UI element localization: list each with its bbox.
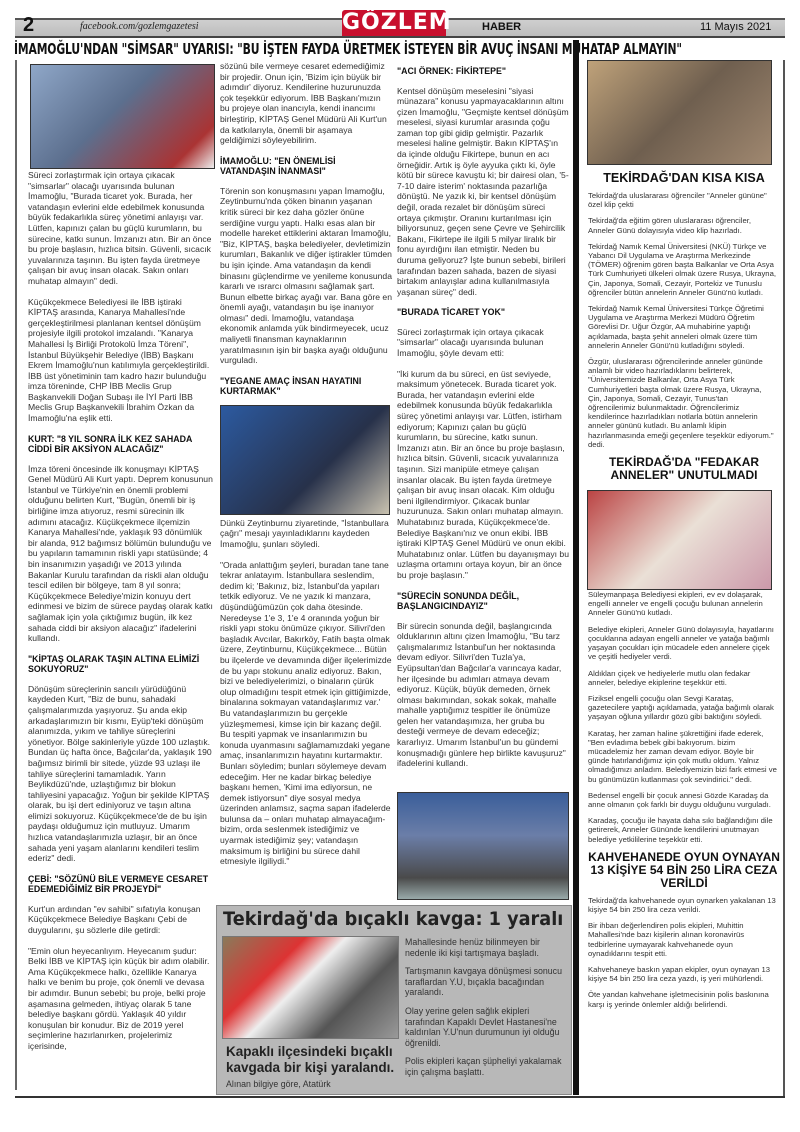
newspaper-logo: GÖZLEM [342, 10, 446, 36]
protocol-signing-photo [397, 792, 569, 900]
mothers-day-visit-photo [587, 490, 772, 590]
paragraph: Fiziksel engelli çocuğu olan Sevgi Karat… [588, 694, 777, 722]
paragraph: Belediye ekipleri, Anneler Günü dolayısı… [588, 625, 777, 662]
paragraph: Tekirdağ'da uluslararası öğrenciler "Ann… [588, 191, 777, 209]
paragraph: Kurt'un ardından "ev sahibi" sıfatıyla k… [28, 904, 213, 936]
page-number: 2 [23, 14, 34, 37]
photo-spacer [585, 60, 783, 172]
paragraph: Özgür, uluslararası öğrencilerinde annel… [588, 357, 777, 449]
column-divider [573, 40, 579, 1095]
paragraph: Tekirdağ'da kahvehanede oyun oynarken ya… [588, 896, 777, 914]
subheading: İMAMOĞLU: "EN ÖNEMLİSİ VATANDAŞIN İNANMA… [220, 156, 392, 177]
paragraph: Kahvehaneye baskın yapan ekipler, oyun o… [588, 965, 777, 983]
subheading: ÇEBİ: "SÖZÜNÜ BİLE VERMEYE CESARET EDEME… [28, 874, 213, 895]
subheading: "SÜRECİN SONUNDA DEĞİL, BAŞLANGICINDAYIZ… [397, 591, 569, 612]
paragraph: Küçükçekmece Belediyesi ile İBB iştiraki… [28, 297, 213, 424]
article-column-3: "ACI ÖRNEK: FİKİRTEPE" Kentsel dönüşüm m… [397, 66, 569, 779]
paragraph: Bir ihbarı değerlendiren polis ekipleri,… [588, 921, 777, 958]
paragraph: Süleymanpaşa Belediyesi ekipleri, ev ev … [588, 590, 777, 618]
subheading: "ACI ÖRNEK: FİKİRTEPE" [397, 66, 569, 77]
news-box-knife-fight: Tekirdağ'da bıçaklı kavga: 1 yaralı Kapa… [216, 905, 572, 1095]
subheading: KURT: "8 YIL SONRA İLK KEZ SAHADA CİDDİ … [28, 434, 213, 455]
paragraph: Öte yandan kahvehane işletmecisinin poli… [588, 990, 777, 1008]
paragraph: sözünü bile vermeye cesaret edemediğimiz… [220, 61, 392, 146]
sidebar-section-3: Tekirdağ'da kahvehanede oyun oynarken ya… [585, 896, 783, 1009]
ambulance-photo [222, 936, 399, 1039]
box-text: Mahallesinde henüz bilinmeyen bir nedenl… [405, 937, 570, 1086]
page-header: 2 facebook.com/gozlemgazetesi GÖZLEM HAB… [15, 8, 785, 38]
paragraph: Mahallesinde henüz bilinmeyen bir nedenl… [405, 937, 570, 958]
paragraph: "İki kurum da bu süreci, en üst seviyede… [397, 369, 569, 581]
paragraph: Polis ekipleri kaçan şüpheliyi yakalamak… [405, 1056, 570, 1077]
press-conference-photo [220, 405, 390, 515]
paragraph: Törenin son konuşmasını yapan İmamoğlu, … [220, 186, 392, 366]
paragraph: Bedensel engelli bir çocuk annesi Gözde … [588, 791, 777, 809]
paragraph: Tekirdağ Namık Kemal Üniversitesi Türkçe… [588, 304, 777, 350]
paragraph: Tartışmanın kavgaya dönüşmesi sonucu tar… [405, 966, 570, 998]
paragraph: Karadaş, çocuğu ile hayata daha sıkı bağ… [588, 816, 777, 844]
box-title: Tekirdağ'da bıçaklı kavga: 1 yaralı [223, 908, 563, 930]
facebook-link[interactable]: facebook.com/gozlemgazetesi [80, 21, 199, 32]
paragraph: Süreci zorlaştırmak için ortaya çıkacak … [28, 170, 213, 287]
paragraph: Dönüşüm süreçlerinin sancılı yürüdüğünü … [28, 684, 213, 864]
subheading: "BURADA TİCARET YOK" [397, 307, 569, 318]
paragraph: Tekirdağ'da eğitim gören uluslararası öğ… [588, 216, 777, 234]
article-column-1: Süreci zorlaştırmak için ortaya çıkacak … [28, 170, 213, 1062]
left-border [15, 60, 17, 1090]
sidebar-title-2: TEKİRDAĞ'DA "FEDAKAR ANNELER" UNUTULMADI [585, 456, 783, 482]
paragraph: Karataş, her zaman haline şükrettiğini i… [588, 729, 777, 784]
imamoglu-speech-photo [30, 64, 215, 169]
sidebar-section-1: Tekirdağ'da uluslararası öğrenciler "Ann… [585, 191, 783, 449]
paragraph: Bir sürecin sonunda değil, başlangıcında… [397, 621, 569, 769]
paragraph: Aldıkları çiçek ve hediyelerle mutlu ola… [588, 669, 777, 687]
section-label: HABER [482, 21, 521, 33]
main-headline: İMAMOĞLU'NDAN "SİMSAR" UYARISI: "BU İŞTE… [14, 40, 417, 58]
paragraph: "Orada anlattığım şeyleri, buradan tane … [220, 560, 392, 867]
bottom-rule [15, 1096, 785, 1098]
sidebar-section-2: Süleymanpaşa Belediyesi ekipleri, ev ev … [585, 590, 783, 844]
box-lead: Alınan bilgiye göre, Atatürk [226, 1079, 331, 1089]
box-subtitle: Kapaklı ilçesindeki bıçaklı kavgada bir … [226, 1044, 401, 1076]
subheading: "KİPTAŞ OLARAK TAŞIN ALTINA ELİMİZİ SOKU… [28, 654, 213, 675]
paragraph: Kentsel dönüşüm meselesini "siyasi münaz… [397, 86, 569, 298]
paragraph: Süreci zorlaştırmak için ortaya çıkacak … [397, 327, 569, 359]
paragraph: Tekirdağ Namık Kemal Üniversitesi (NKÜ) … [588, 242, 777, 297]
paragraph: İmza töreni öncesinde ilk konuşmayı KİPT… [28, 464, 213, 644]
paragraph: Dünkü Zeytinburnu ziyaretinde, "İstanbul… [220, 518, 392, 550]
subheading: "YEGANE AMAÇ İNSAN HAYATINI KURTARMAK" [220, 376, 392, 397]
paragraph: Olay yerine gelen sağlık ekipleri tarafı… [405, 1006, 570, 1048]
issue-date: 11 Mayıs 2021 [700, 21, 771, 33]
sidebar-title-3: KAHVEHANEDE OYUN OYNAYAN 13 KİŞİYE 54 Bİ… [585, 851, 783, 890]
sidebar-title-1: TEKİRDAĞ'DAN KISA KISA [585, 172, 783, 185]
paragraph: "Emin olun heyecanlıyım. Heyecanım şudur… [28, 946, 213, 1052]
